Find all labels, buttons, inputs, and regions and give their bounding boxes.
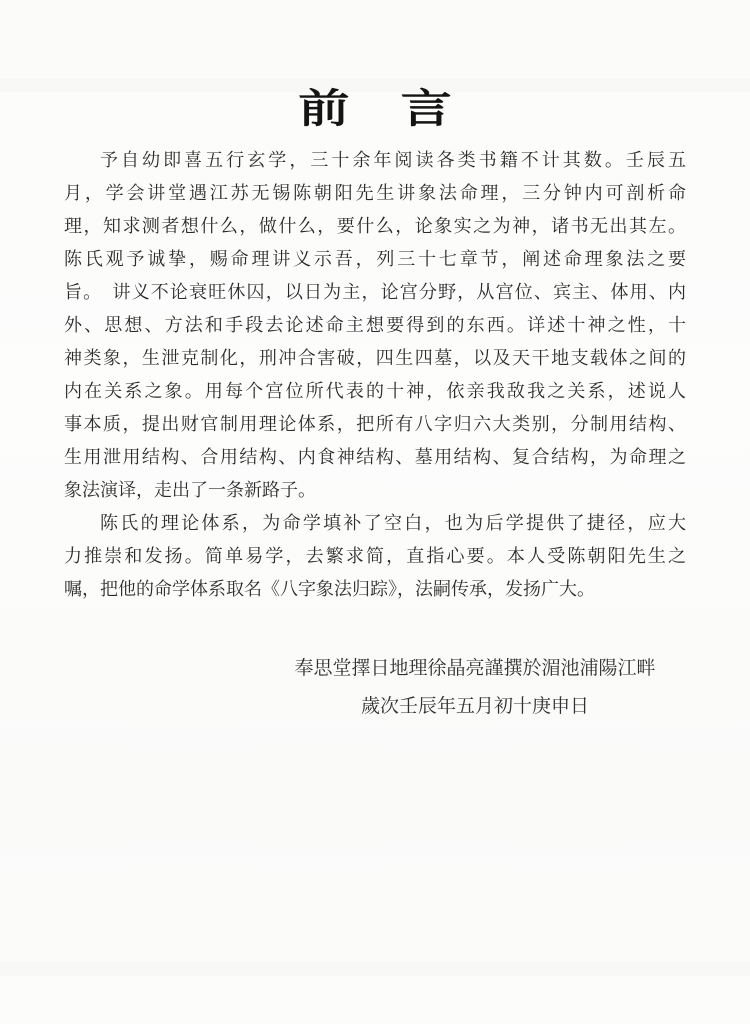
paragraph1-line-5: 旨。 讲义不论衰旺休囚，以日为主，论宫分野，从宫位、宾主、体用、内 [64, 276, 686, 309]
colophon: 奉思堂擇日地理徐晶亮謹撰於湄池浦陽江畔 歲次壬辰年五月初十庚申日 [200, 650, 750, 726]
paragraph1-line-4: 陈氏观予诚挚，赐命理讲义示吾，列三十七章节，阐述命理象法之要 [64, 243, 686, 276]
paragraph1-line-10: 生用泄用结构、合用结构、内食神结构、墓用结构、复合结构，为命理之 [64, 441, 686, 474]
paragraph1-line-8: 内在关系之象。用每个宫位所代表的十神，依亲我敌我之关系，述说人 [64, 375, 686, 408]
paragraph1-line-3: 理，知求测者想什么，做什么，要什么，论象实之为神，诸书无出其左。 [64, 210, 686, 243]
scan-artifact-band [0, 962, 750, 976]
paragraph1-line-11: 象法演译，走出了一条新路子。 [64, 474, 686, 507]
paragraph2-line-1: 陈氏的理论体系，为命学填补了空白，也为后学提供了捷径，应大 [64, 507, 686, 540]
colophon-author-line: 奉思堂擇日地理徐晶亮謹撰於湄池浦陽江畔 [200, 650, 750, 688]
scanned-book-page: 前 言 予自幼即喜五行玄学，三十余年阅读各类书籍不计其数。壬辰五 月，学会讲堂遇… [0, 0, 750, 1024]
paragraph1-line-1: 予自幼即喜五行玄学，三十余年阅读各类书籍不计其数。壬辰五 [64, 144, 686, 177]
paragraph1-line-6: 外、思想、方法和手段去论述命主想要得到的东西。详述十神之性，十 [64, 309, 686, 342]
paragraph2-line-3: 嘱，把他的命学体系取名《八字象法归踪》，法嗣传承，发扬广大。 [64, 573, 686, 606]
page-title: 前 言 [0, 0, 750, 132]
paragraph2-line-2: 力推崇和发扬。简单易学，去繁求简，直指心要。本人受陈朝阳先生之 [64, 540, 686, 573]
colophon-date-line: 歲次壬辰年五月初十庚申日 [200, 688, 750, 726]
preface-body: 予自幼即喜五行玄学，三十余年阅读各类书籍不计其数。壬辰五 月，学会讲堂遇江苏无锡… [64, 144, 686, 606]
paragraph1-line-9: 事本质，提出财官制用理论体系，把所有八字归六大类别，分制用结构、 [64, 408, 686, 441]
paragraph1-line-2: 月，学会讲堂遇江苏无锡陈朝阳先生讲象法命理，三分钟内可剖析命 [64, 177, 686, 210]
paragraph1-line-7: 神类象，生泄克制化，刑冲合害破，四生四墓，以及天干地支载体之间的 [64, 342, 686, 375]
page-title-text: 前 言 [298, 86, 452, 132]
